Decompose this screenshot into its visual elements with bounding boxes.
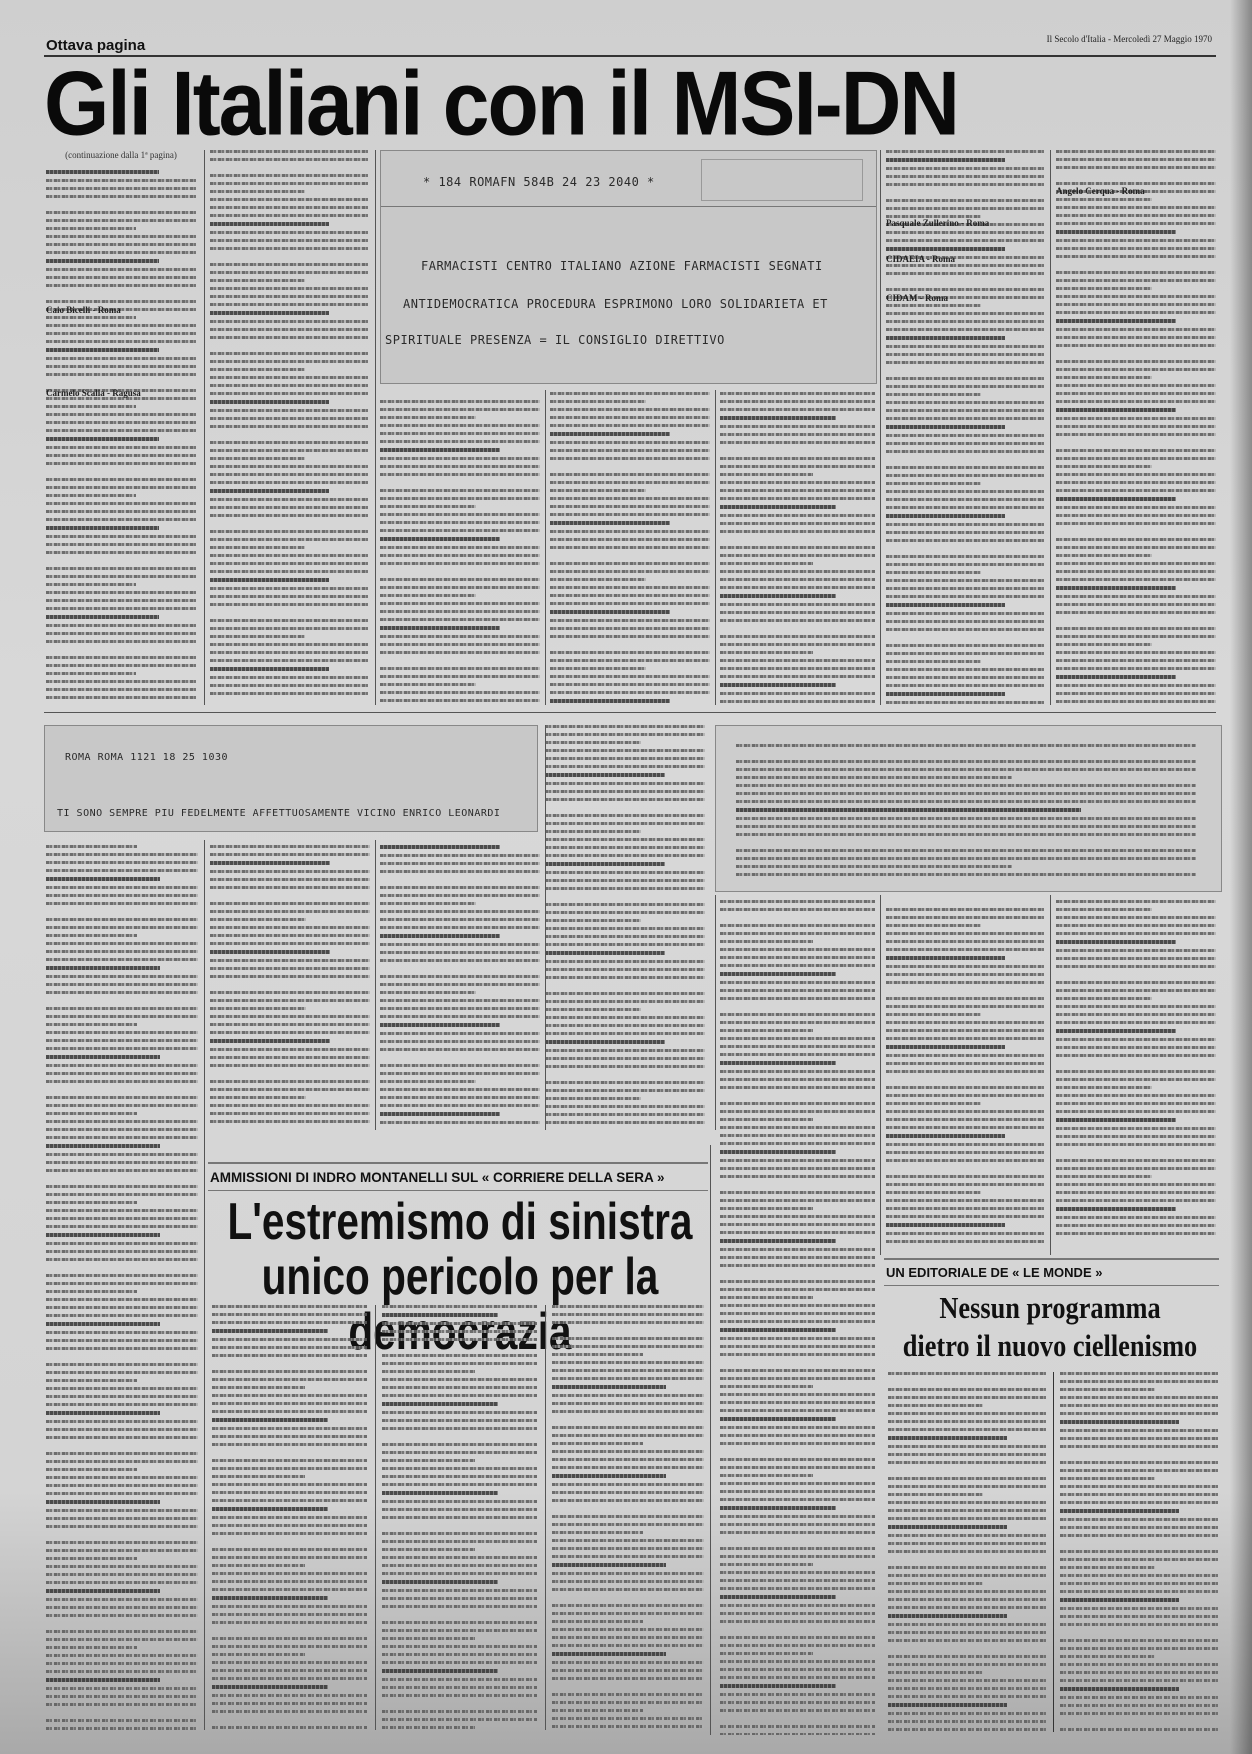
text-line xyxy=(545,798,705,801)
text-line xyxy=(382,1338,537,1341)
text-line xyxy=(1056,1159,1216,1162)
text-line xyxy=(720,1296,813,1299)
text-line xyxy=(210,400,329,404)
text-line xyxy=(886,239,1044,242)
text-line xyxy=(720,1434,875,1437)
text-line xyxy=(46,219,196,222)
text-line xyxy=(720,1320,875,1323)
text-line xyxy=(1056,570,1216,573)
text-line xyxy=(552,1515,704,1518)
text-line xyxy=(888,1525,1007,1529)
text-line xyxy=(382,1653,537,1656)
text-line xyxy=(46,486,196,489)
text-line xyxy=(210,352,368,355)
text-line xyxy=(720,473,813,476)
text-line xyxy=(1056,239,1216,242)
text-line xyxy=(380,537,500,541)
text-line xyxy=(550,578,646,581)
text-line xyxy=(720,425,875,428)
text-line xyxy=(1056,400,1216,403)
text-line xyxy=(888,1703,1007,1707)
text-line xyxy=(212,1710,367,1713)
telegram-header: ROMA ROMA 1121 18 25 1030 xyxy=(65,752,228,763)
text-line xyxy=(210,1015,370,1018)
text-line xyxy=(46,656,196,659)
continuation-note: (continuazione dalla 1ª pagina) xyxy=(46,150,196,160)
text-line xyxy=(210,853,370,856)
text-line xyxy=(382,1313,498,1317)
text-line xyxy=(886,1151,1044,1154)
text-line xyxy=(1056,214,1216,217)
column-divider xyxy=(545,390,546,705)
column-divider xyxy=(715,895,716,1130)
entry-name: Carmelo Scalia - Ragusa xyxy=(46,388,141,398)
text-line xyxy=(382,1580,498,1584)
text-line xyxy=(886,207,1044,210)
text-line xyxy=(1060,1380,1218,1383)
text-line xyxy=(1056,376,1152,379)
text-line xyxy=(736,760,1196,763)
text-line xyxy=(46,591,196,594)
text-line xyxy=(888,1582,983,1585)
text-line xyxy=(46,1598,198,1601)
montanelli-column-three xyxy=(552,1305,704,1730)
text-line xyxy=(1060,1712,1218,1715)
text-line xyxy=(1060,1663,1218,1666)
text-line xyxy=(1056,1167,1216,1170)
text-line xyxy=(212,1637,367,1640)
text-line xyxy=(46,1290,137,1293)
text-line xyxy=(886,1134,1005,1138)
text-line xyxy=(1056,659,1216,662)
text-line xyxy=(380,1023,500,1027)
text-line xyxy=(46,300,196,303)
text-line xyxy=(720,1175,875,1178)
text-line xyxy=(720,457,875,460)
column-divider xyxy=(375,840,376,1130)
text-line xyxy=(545,943,705,946)
text-line xyxy=(46,243,196,246)
text-line xyxy=(888,1453,1046,1456)
text-line xyxy=(886,288,1044,291)
column-four-text xyxy=(550,392,710,705)
text-line xyxy=(210,1048,370,1051)
text-line xyxy=(46,1395,198,1398)
text-line xyxy=(382,1500,537,1503)
text-line xyxy=(545,814,705,817)
text-line xyxy=(720,1377,875,1380)
text-line xyxy=(46,1169,198,1172)
text-line xyxy=(545,911,705,914)
column-six-text xyxy=(886,150,1044,705)
text-line xyxy=(46,551,196,554)
text-line xyxy=(210,263,368,266)
text-line xyxy=(720,1264,875,1267)
text-line xyxy=(550,667,646,670)
text-line xyxy=(1060,1639,1218,1642)
text-line xyxy=(720,1078,875,1081)
text-line xyxy=(888,1436,1007,1440)
text-line xyxy=(545,887,705,890)
text-line xyxy=(1056,230,1176,234)
text-line xyxy=(545,790,705,793)
text-line xyxy=(382,1718,537,1721)
text-line xyxy=(1056,667,1216,670)
text-line xyxy=(720,578,875,581)
text-line xyxy=(720,1021,875,1024)
text-line xyxy=(1056,651,1216,654)
text-line xyxy=(380,1104,540,1107)
text-line xyxy=(886,1094,1044,1097)
text-line xyxy=(210,441,368,444)
text-line xyxy=(886,442,1044,445)
text-line xyxy=(1060,1623,1218,1626)
text-line xyxy=(886,150,1044,153)
text-line xyxy=(46,688,196,691)
text-line xyxy=(46,1225,198,1228)
text-line xyxy=(1056,449,1216,452)
text-line xyxy=(46,672,136,675)
text-line xyxy=(886,247,1005,251)
text-line xyxy=(380,1048,540,1051)
text-line xyxy=(720,1636,875,1639)
text-line xyxy=(210,1120,370,1123)
text-line xyxy=(380,424,540,427)
text-line xyxy=(1060,1518,1218,1521)
text-line xyxy=(888,1461,1046,1464)
text-line xyxy=(886,1037,1044,1040)
text-line xyxy=(46,599,196,602)
text-line xyxy=(46,1322,160,1326)
text-line xyxy=(886,482,981,485)
text-line xyxy=(380,894,540,897)
text-line xyxy=(720,1231,875,1234)
text-line xyxy=(552,1305,704,1308)
newspaper-page: Ottava pagina Il Secolo d'Italia - Merco… xyxy=(0,0,1252,1754)
text-line xyxy=(886,701,1044,704)
column-three-lower-text xyxy=(380,845,540,1130)
text-line xyxy=(888,1566,1046,1569)
text-line xyxy=(720,1345,875,1348)
text-line xyxy=(552,1369,704,1372)
text-line xyxy=(886,506,1044,509)
text-line xyxy=(888,1372,1046,1375)
text-line xyxy=(1056,408,1176,412)
text-line xyxy=(545,919,641,922)
text-line xyxy=(550,457,710,460)
text-line xyxy=(1060,1687,1179,1691)
text-line xyxy=(210,239,368,242)
text-line xyxy=(46,567,196,570)
text-line xyxy=(550,473,710,476)
text-line xyxy=(886,531,1044,534)
text-line xyxy=(380,473,540,476)
text-line xyxy=(888,1550,1046,1553)
text-line xyxy=(46,1589,160,1593)
text-line xyxy=(720,1506,836,1510)
text-line xyxy=(46,1573,198,1576)
text-line xyxy=(210,303,368,306)
text-line xyxy=(382,1548,475,1551)
text-line xyxy=(46,478,196,481)
text-line xyxy=(545,741,641,744)
text-line xyxy=(552,1661,704,1664)
text-line xyxy=(720,1029,813,1032)
text-line xyxy=(1056,595,1216,598)
text-line xyxy=(886,981,1044,984)
text-line xyxy=(1060,1558,1218,1561)
text-line xyxy=(380,651,540,654)
text-line xyxy=(552,1402,704,1405)
text-line xyxy=(720,700,875,703)
text-line xyxy=(46,1080,198,1083)
text-line xyxy=(720,1595,836,1599)
text-line xyxy=(382,1678,537,1681)
text-line xyxy=(720,1482,875,1485)
text-line xyxy=(1056,457,1216,460)
text-line xyxy=(1056,1224,1216,1227)
text-line xyxy=(720,1256,875,1259)
text-line xyxy=(720,1409,875,1412)
text-line xyxy=(380,845,500,849)
text-line xyxy=(382,1710,537,1713)
text-line xyxy=(46,462,196,465)
text-line xyxy=(720,505,836,509)
text-line xyxy=(886,571,981,574)
text-line xyxy=(210,417,368,420)
text-line xyxy=(382,1443,537,1446)
text-line xyxy=(552,1669,704,1672)
text-line xyxy=(552,1394,704,1397)
text-line xyxy=(46,1541,198,1544)
text-line xyxy=(552,1434,704,1437)
text-line xyxy=(210,667,329,671)
text-line xyxy=(720,611,875,614)
text-line xyxy=(212,1605,367,1608)
text-line xyxy=(46,259,159,263)
text-line xyxy=(720,635,875,638)
text-line xyxy=(736,744,1196,747)
text-line xyxy=(720,1013,875,1016)
text-line xyxy=(46,502,196,505)
text-line xyxy=(545,1049,705,1052)
text-line xyxy=(720,1207,813,1210)
text-line xyxy=(210,425,368,428)
text-line xyxy=(210,659,368,662)
text-line xyxy=(1060,1582,1218,1585)
text-line xyxy=(720,1053,875,1056)
text-line xyxy=(210,926,370,929)
text-line xyxy=(888,1712,1046,1715)
text-line xyxy=(888,1428,1046,1431)
text-line xyxy=(736,865,1012,868)
text-line xyxy=(1056,1191,1216,1194)
text-line xyxy=(720,1620,875,1623)
text-line xyxy=(382,1402,498,1406)
text-line xyxy=(46,632,196,635)
text-line xyxy=(1056,916,1216,919)
text-line xyxy=(46,696,196,699)
text-line xyxy=(736,792,1196,795)
text-line xyxy=(720,1531,875,1534)
text-line xyxy=(552,1652,666,1656)
text-line xyxy=(46,494,136,497)
text-line xyxy=(886,1054,1044,1057)
text-line xyxy=(382,1532,537,1535)
text-line xyxy=(46,1039,198,1042)
text-line xyxy=(720,948,875,951)
text-line xyxy=(1060,1437,1218,1440)
text-line xyxy=(212,1427,367,1430)
text-line xyxy=(210,999,370,1002)
text-line xyxy=(382,1645,537,1648)
text-line xyxy=(720,562,813,565)
text-line xyxy=(1056,158,1216,161)
text-line xyxy=(886,385,1044,388)
text-line xyxy=(888,1671,983,1674)
text-line xyxy=(1056,586,1176,590)
text-line xyxy=(886,948,1044,951)
text-line xyxy=(720,1385,813,1388)
text-line xyxy=(888,1445,1046,1448)
text-line xyxy=(210,676,368,679)
text-line xyxy=(720,1676,875,1679)
text-line xyxy=(46,894,198,897)
text-line xyxy=(720,497,875,500)
text-line xyxy=(720,1337,875,1340)
text-line xyxy=(550,635,710,638)
text-line xyxy=(720,1725,875,1728)
text-line xyxy=(550,675,710,678)
text-line xyxy=(210,311,329,315)
text-line xyxy=(552,1620,643,1623)
text-line xyxy=(46,227,136,230)
text-line xyxy=(886,652,1044,655)
text-line xyxy=(46,845,137,848)
text-line xyxy=(46,1695,198,1698)
text-line xyxy=(1056,684,1216,687)
text-line xyxy=(210,190,305,193)
text-line xyxy=(1056,1143,1216,1146)
text-line xyxy=(886,523,1044,526)
text-line xyxy=(552,1458,704,1461)
text-line xyxy=(550,699,670,703)
text-line xyxy=(210,222,329,226)
text-line xyxy=(1056,271,1216,274)
text-line xyxy=(1056,1078,1216,1081)
text-line xyxy=(1060,1607,1218,1610)
text-line xyxy=(886,264,1044,267)
text-line xyxy=(886,908,1044,911)
text-line xyxy=(720,1304,875,1307)
montanelli-kicker: AMMISSIONI DI INDRO MONTANELLI SUL « COR… xyxy=(210,1170,665,1185)
text-line xyxy=(212,1435,367,1438)
text-line xyxy=(886,997,1044,1000)
text-line xyxy=(46,1460,198,1463)
text-line xyxy=(545,765,705,768)
text-line xyxy=(1056,1135,1216,1138)
text-line xyxy=(210,506,368,509)
text-line xyxy=(382,1726,475,1729)
column-divider xyxy=(1053,1372,1054,1732)
text-line xyxy=(888,1606,1046,1609)
text-line xyxy=(720,408,875,411)
text-line xyxy=(46,1606,198,1609)
text-line xyxy=(1056,949,1216,952)
text-line xyxy=(1056,1102,1216,1105)
column-divider xyxy=(1050,895,1051,1255)
text-line xyxy=(46,942,198,945)
text-line xyxy=(380,610,540,613)
text-line xyxy=(552,1580,704,1583)
text-line xyxy=(552,1572,704,1575)
text-line xyxy=(886,1070,1044,1073)
text-line xyxy=(46,1630,198,1633)
text-line xyxy=(46,195,196,198)
text-line xyxy=(46,1687,198,1690)
text-line xyxy=(46,966,160,970)
text-line xyxy=(550,546,710,549)
text-line xyxy=(210,870,370,873)
text-line xyxy=(1060,1485,1218,1488)
text-line xyxy=(888,1720,1046,1723)
text-line xyxy=(1056,643,1152,646)
text-line xyxy=(886,1175,1044,1178)
text-line xyxy=(1060,1509,1179,1513)
text-line xyxy=(1060,1445,1218,1448)
text-line xyxy=(46,640,196,643)
text-line xyxy=(1060,1420,1179,1424)
text-line xyxy=(46,446,196,449)
text-line xyxy=(736,833,1196,836)
text-line xyxy=(552,1555,704,1558)
text-line xyxy=(212,1459,367,1462)
text-line xyxy=(46,1209,198,1212)
text-line xyxy=(886,579,1044,582)
telegram-farmacisti: * 184 ROMAFN 584B 24 23 2040 * FARMACIST… xyxy=(380,150,877,384)
text-line xyxy=(212,1370,367,1373)
text-line xyxy=(1056,1054,1216,1057)
text-line xyxy=(46,543,196,546)
text-line xyxy=(1056,417,1216,420)
text-line xyxy=(888,1388,1046,1391)
text-line xyxy=(210,886,370,889)
text-line xyxy=(886,1021,1044,1024)
page-edge-shadow xyxy=(1230,0,1252,1754)
text-line xyxy=(380,918,540,921)
text-line xyxy=(210,498,368,501)
text-line xyxy=(46,324,196,327)
text-line xyxy=(720,1668,875,1671)
column-divider xyxy=(545,725,546,1130)
telegram-header: * 184 ROMAFN 584B 24 23 2040 * xyxy=(423,175,655,189)
text-line xyxy=(46,918,198,921)
text-line xyxy=(1056,1118,1176,1122)
text-line xyxy=(46,1314,198,1317)
text-line xyxy=(1056,1070,1216,1073)
text-line xyxy=(886,167,1044,170)
text-line xyxy=(212,1702,367,1705)
text-line xyxy=(1056,295,1216,298)
text-line xyxy=(886,1013,981,1016)
column-two-text xyxy=(210,150,368,705)
text-line xyxy=(552,1377,704,1380)
text-line xyxy=(210,409,368,412)
text-line xyxy=(382,1491,498,1495)
text-line xyxy=(46,1428,198,1431)
text-line xyxy=(552,1717,704,1720)
text-line xyxy=(46,437,159,441)
